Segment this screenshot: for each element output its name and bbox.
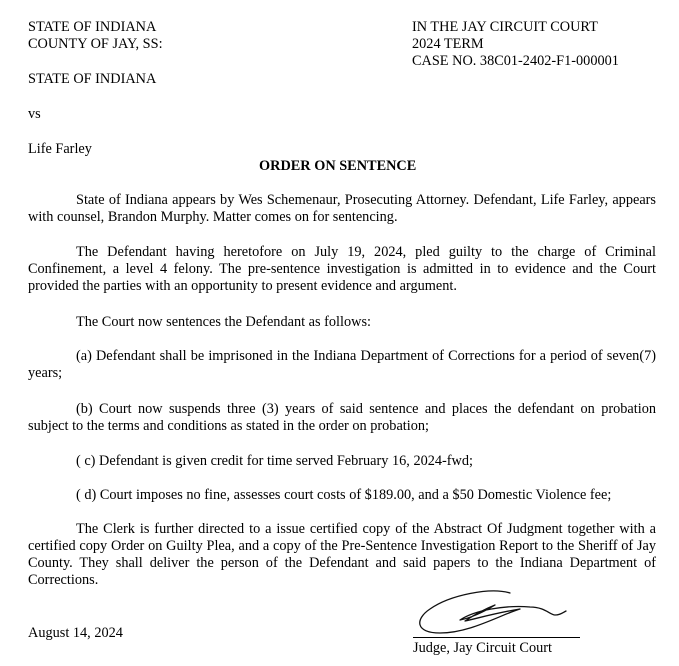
defendant: Life Farley [28, 141, 92, 158]
plaintiff: STATE OF INDIANA [28, 71, 156, 88]
caption-court: IN THE JAY CIRCUIT COURT [412, 19, 598, 36]
case-number: CASE NO. 38C01-2402-F1-000001 [412, 53, 619, 70]
signature-line [413, 637, 580, 638]
sentence-item-c: ( c) Defendant is given credit for time … [28, 453, 656, 470]
sentence-item-d: ( d) Court imposes no fine, assesses cou… [28, 487, 656, 504]
versus: vs [28, 106, 41, 123]
judge-signature-icon [410, 585, 580, 637]
sentence-item-b: (b) Court now suspends three (3) years o… [28, 401, 656, 435]
sentence-item-a: (a) Defendant shall be imprisoned in the… [28, 348, 656, 382]
appearance-paragraph: State of Indiana appears by Wes Schemena… [28, 192, 656, 226]
sentence-intro: The Court now sentences the Defendant as… [28, 314, 656, 331]
caption-left-line2: COUNTY OF JAY, SS: [28, 36, 163, 53]
order-date: August 14, 2024 [28, 625, 123, 642]
document-title: ORDER ON SENTENCE [259, 158, 416, 175]
caption-term: 2024 TERM [412, 36, 484, 53]
clerk-paragraph: The Clerk is further directed to a issue… [28, 521, 656, 589]
caption-left-line1: STATE OF INDIANA [28, 19, 156, 36]
plea-paragraph: The Defendant having heretofore on July … [28, 244, 656, 295]
signature-label: Judge, Jay Circuit Court [413, 640, 552, 657]
